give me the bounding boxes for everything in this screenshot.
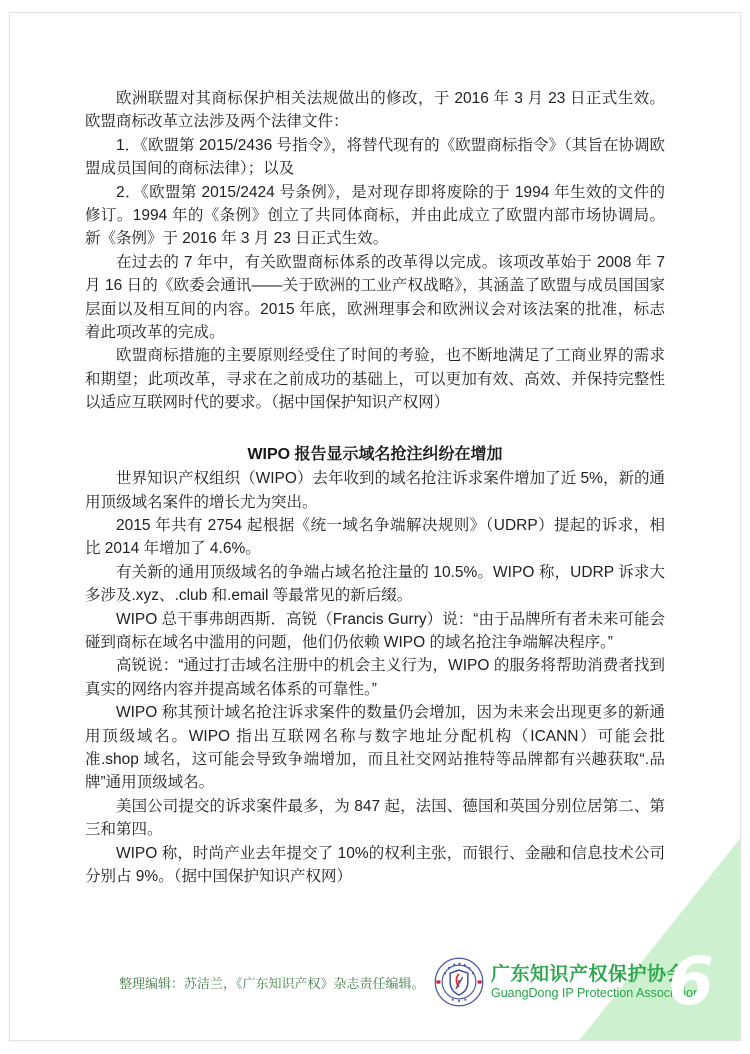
paragraph: WIPO 称，时尚产业去年提交了 10%的权利主张，而银行、金融和信息技术公司分… (85, 842, 665, 889)
paragraph: 欧洲联盟对其商标保护相关法规做出的修改，于 2016 年 3 月 23 日正式生… (85, 87, 665, 134)
article-body: 欧洲联盟对其商标保护相关法规做出的修改，于 2016 年 3 月 23 日正式生… (85, 87, 665, 888)
paragraph: 1．《欧盟第 2015/2436 号指令》，将替代现有的《欧盟商标指令》（其旨在… (85, 134, 665, 181)
paragraph: 有关新的通用顶级域名的争端占域名抢注量的 10.5%。WIPO 称，UDRP 诉… (85, 561, 665, 608)
paragraph: 高锐说：“通过打击域名注册中的机会主义行为，WIPO 的服务将帮助消费者找到真实… (85, 654, 665, 701)
paragraph: 世界知识产权组织（WIPO）去年收到的域名抢注诉求案件增加了近 5%，新的通用顶… (85, 467, 665, 514)
article-title: WIPO 报告显示域名抢注纠纷在增加 (85, 443, 665, 466)
paragraph: 在过去的 7 年中，有关欧盟商标体系的改革得以完成。该项改革始于 2008 年 … (85, 251, 665, 345)
paragraph: 2015 年共有 2754 起根据《统一域名争端解决规则》（UDRP）提起的诉求… (85, 514, 665, 561)
paragraph: WIPO 总干事弗朗西斯．高锐（Francis Gurry）说：“由于品牌所有者… (85, 608, 665, 655)
paragraph: 美国公司提交的诉求案件最多，为 847 起，法国、德国和英国分别位居第二、第三和… (85, 795, 665, 842)
paragraph: 2．《欧盟第 2015/2424 号条例》，是对现存即将废除的于 1994 年生… (85, 181, 665, 251)
association-emblem-icon (434, 957, 484, 1007)
association-brand: 广东知识产权保护协会 GuangDong IP Protection Assoc… (434, 957, 700, 1007)
paragraph: 欧盟商标措施的主要原则经受住了时间的考验，也不断地满足了工商业界的需求和期望；此… (85, 344, 665, 414)
editor-note: 整理编辑：苏洁兰，《广东知识产权》杂志责任编辑。 (119, 975, 425, 993)
document-page: 欧洲联盟对其商标保护相关法规做出的修改，于 2016 年 3 月 23 日正式生… (9, 12, 741, 1041)
page-number: 6 (668, 949, 714, 1015)
paragraph: WIPO 称其预计域名抢注诉求案件的数量仍会增加，因为未来会出现更多的新通用顶级… (85, 701, 665, 795)
